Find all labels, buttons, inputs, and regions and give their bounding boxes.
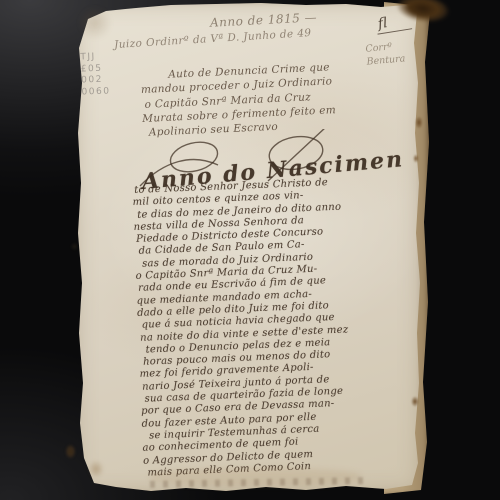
manuscript-page: Anno de 1815 — Juizo Ordinrº da Vª D. Ju… (76, 3, 420, 493)
foxing-spot (70, 242, 79, 251)
margin-notes: Corrº Bentura (365, 39, 406, 68)
summary-paragraph: Auto de Denuncia Crime quemandou procede… (140, 60, 337, 140)
body-paragraph: to de Nosso Senhor Jesus Christo demil o… (132, 174, 414, 480)
photo-background: Anno de 1815 — Juizo Ordinrº da Vª D. Ju… (0, 0, 500, 500)
case-header: Juizo Ordinrº da Vª D. Junho de 49 (114, 27, 312, 51)
foxing-spot (65, 444, 76, 459)
folio-mark: fl (375, 11, 413, 34)
pencil-number-line: 0060 (81, 86, 110, 99)
margin-note-line: Bentura (366, 52, 406, 68)
folio-mark-text: fl (375, 11, 413, 34)
pencil-archive-numbers: TJJ£050020060 (80, 52, 110, 99)
